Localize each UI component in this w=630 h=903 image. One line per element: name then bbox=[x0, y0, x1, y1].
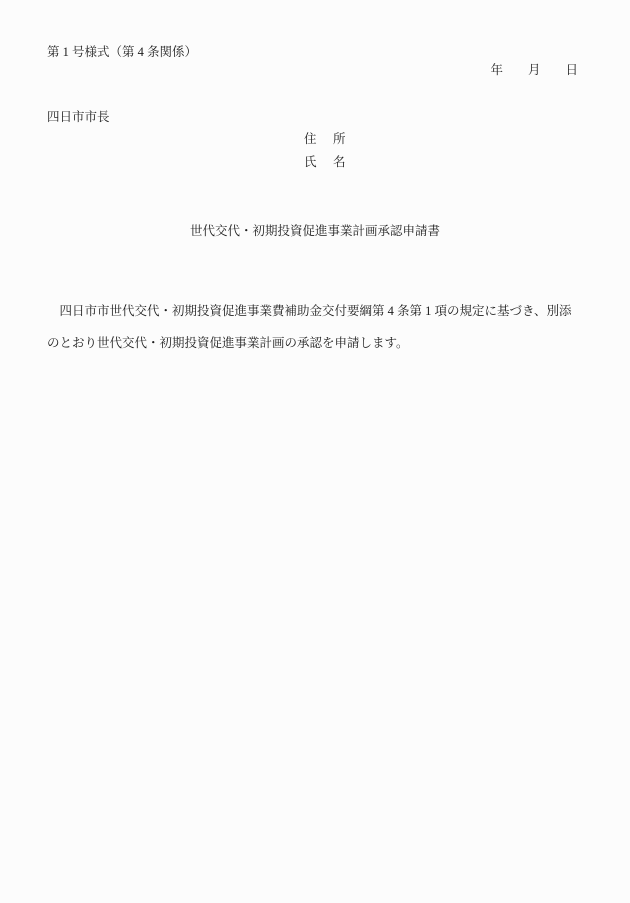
date-line: 年 月 日 bbox=[0, 63, 578, 77]
addressee: 四日市市長 bbox=[47, 110, 110, 124]
document-title: 世代交代・初期投資促進事業計画承認申請書 bbox=[0, 224, 630, 238]
body-line: のとおり世代交代・初期投資促進事業計画の承認を申請します。 bbox=[47, 327, 578, 359]
body-line: 四日市市世代交代・初期投資促進事業費補助金交付要綱第 4 条第 1 項の規定に基… bbox=[47, 295, 578, 327]
document-page: 第 1 号様式（第 4 条関係） 年 月 日 四日市市長 住 所 氏 名 世代交… bbox=[0, 0, 630, 903]
form-number: 第 1 号様式（第 4 条関係） bbox=[47, 45, 197, 59]
body-paragraph: 四日市市世代交代・初期投資促進事業費補助金交付要綱第 4 条第 1 項の規定に基… bbox=[47, 295, 578, 359]
applicant-name-label: 氏 名 bbox=[304, 155, 348, 169]
applicant-address-label: 住 所 bbox=[304, 132, 348, 146]
